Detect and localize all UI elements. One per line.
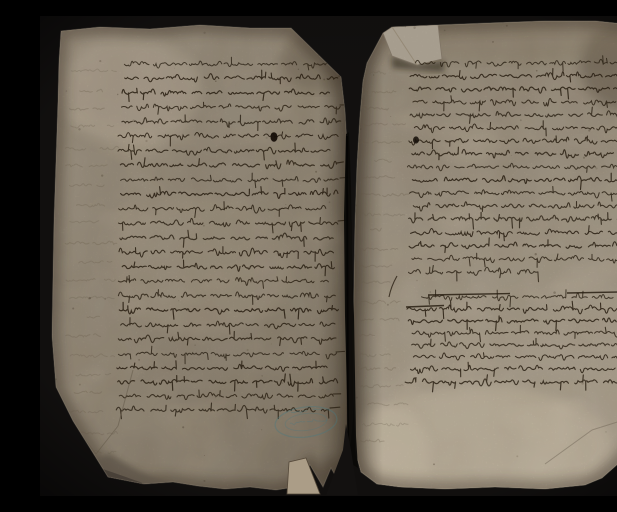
scan-image [40,16,617,496]
paper-grain [40,16,617,496]
manuscript-scan: Scanned two-page spread of an early-mode… [40,16,617,496]
